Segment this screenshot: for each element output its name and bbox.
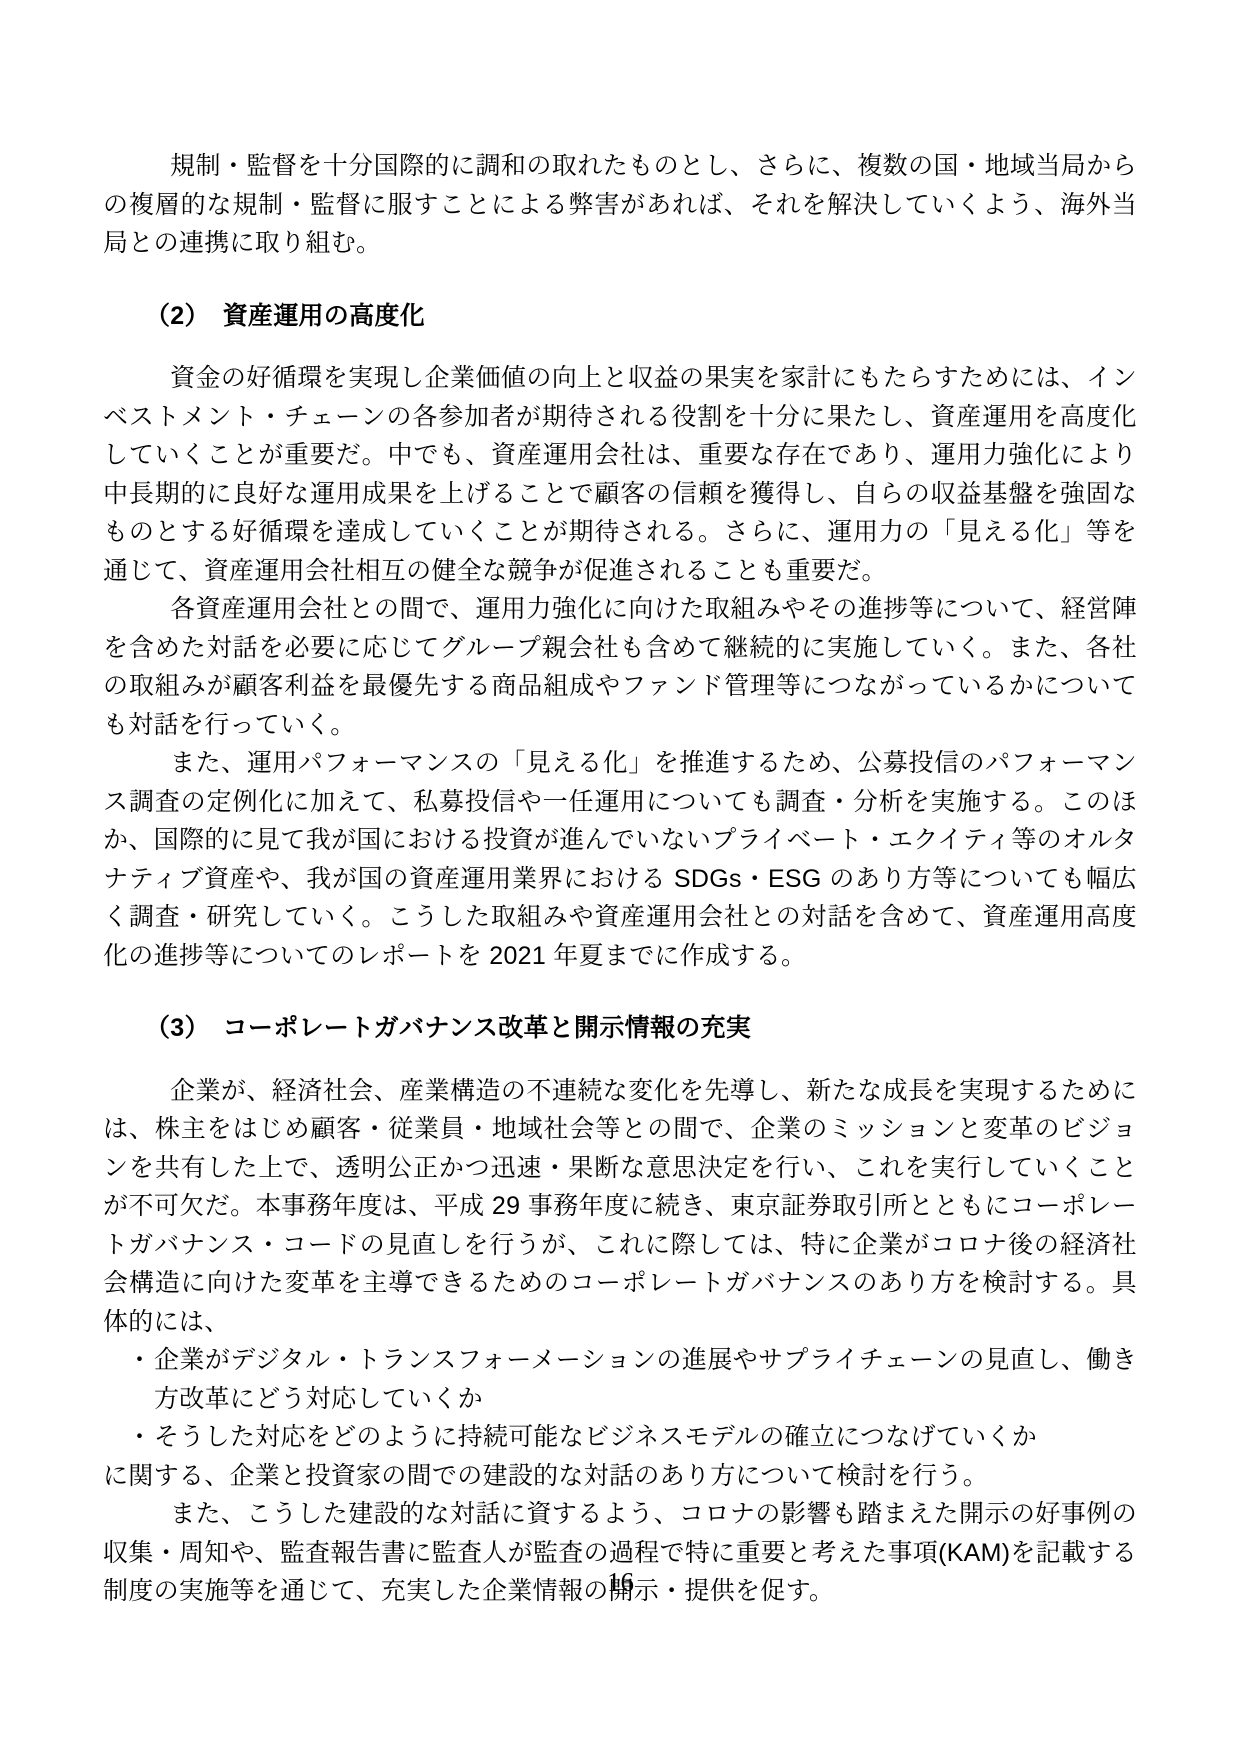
bullet-marker: ・ [127,1341,152,1380]
document-page: 規制・監督を十分国際的に調和の取れたものとし、さらに、複数の国・地域当局からの複… [0,0,1241,1754]
bullet-item-2: ・ そうした対応をどのように持続可能なビジネスモデルの確立につなげていくか [103,1418,1137,1457]
intro-paragraph: 規制・監督を十分国際的に調和の取れたものとし、さらに、複数の国・地域当局からの複… [103,147,1137,263]
bullet-2-text: そうした対応をどのように持続可能なビジネスモデルの確立につなげていくか [154,1423,1037,1451]
page-number: 16 [607,1567,634,1597]
section-2-paragraph-1: 資金の好循環を実現し企業価値の向上と収益の果実を家計にもたらすためには、インベス… [103,359,1137,590]
bullet-item-1: ・ 企業がデジタル・トランスフォーメーションの進展やサプライチェーンの見直し、働… [103,1341,1137,1418]
section-2-heading: （2） 資産運用の高度化 [103,297,1137,336]
section-3-heading: （3） コーポレートガバナンス改革と開示情報の充実 [103,1009,1137,1048]
bullet-marker: ・ [127,1418,152,1457]
section-2-paragraph-2: 各資産運用会社との間で、運用力強化に向けた取組みやその進捗等について、経営陣を含… [103,590,1137,744]
section-3-paragraph-1: 企業が、経済社会、産業構造の不連続な変化を先導し、新たな成長を実現するためには、… [103,1072,1137,1342]
bullet-1-text: 企業がデジタル・トランスフォーメーションの進展やサプライチェーンの見直し、働き方… [154,1346,1137,1413]
section-2-paragraph-3: また、運用パフォーマンスの「見える化」を推進するため、公募投信のパフォーマンス調… [103,744,1137,975]
section-3-closing-line: に関する、企業と投資家の間での建設的な対話のあり方について検討を行う。 [103,1457,1137,1496]
page-footer: 16 [0,1567,1241,1598]
